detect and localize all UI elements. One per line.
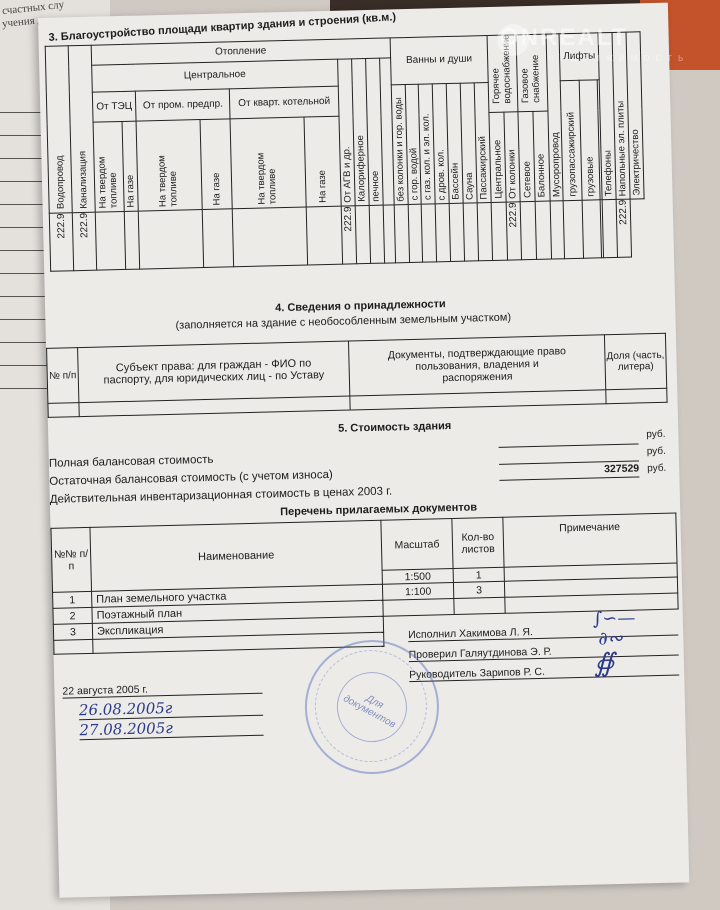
value-cell — [202, 209, 234, 268]
signature-mark: ∫∽— — [593, 608, 636, 630]
subject-header: Субъект права: для граждан - ФИО по пасп… — [78, 341, 350, 403]
note-header: Примечание — [503, 513, 677, 567]
col-header: На твердом топливе — [136, 120, 202, 212]
col-header: На твердом топливе — [230, 117, 305, 209]
num-header: № п/п — [47, 348, 79, 404]
watermark-sub: НЕДВИЖИМОСТЬ — [548, 54, 689, 63]
value-cell — [478, 202, 493, 260]
name-header: Наименование — [90, 520, 382, 591]
row-num: 2 — [53, 607, 92, 624]
value-cell: 222.9 — [616, 199, 631, 257]
from-prom-header: От пром. предпр. — [135, 88, 230, 121]
num-header: №№ п/п — [51, 527, 92, 592]
value-cell — [355, 205, 370, 263]
value-cell — [521, 201, 537, 259]
col-header: грузовые — [579, 79, 600, 200]
signature-mark: ∂∾ — [598, 628, 623, 650]
col-header: На твердом топливе — [93, 121, 124, 212]
cost-value-inventory: 327529 — [499, 462, 639, 480]
value-cell: 222.9 — [506, 202, 522, 260]
value-cell — [535, 201, 551, 259]
value-cell — [394, 205, 409, 263]
value-cell — [550, 201, 565, 259]
share-header: Доля (часть, литера) — [604, 333, 666, 389]
cost-unit: руб. — [646, 429, 665, 440]
sheets-cell: 1 — [453, 567, 504, 582]
cost-label: Полная балансовая стоимость — [49, 454, 214, 470]
value-cell — [124, 211, 139, 269]
cost-value — [498, 429, 638, 447]
scale-header: Масштаб — [381, 519, 453, 571]
col-header: Балонное — [533, 111, 550, 201]
row-num: 3 — [53, 623, 92, 640]
value-cell — [602, 199, 617, 257]
checked-by: Проверил Галяутдинова Э. Р. — [409, 643, 679, 663]
value-cell: 222.9 — [72, 212, 96, 271]
ownership-table: № п/п Субъект права: для граждан - ФИО п… — [46, 333, 668, 418]
value-cell — [491, 202, 507, 260]
sheets-cell: 3 — [453, 581, 504, 598]
value-cell — [564, 200, 584, 258]
col-header: Пассажирский — [475, 82, 492, 203]
col-header: На газе — [304, 116, 341, 207]
from-tec-header: От ТЭЦ — [92, 91, 136, 123]
value-cell — [95, 211, 126, 270]
row-num: 1 — [53, 591, 92, 608]
value-cell — [138, 210, 203, 270]
value-cell — [436, 203, 451, 261]
section5-title: 5. Стоимость здания — [338, 420, 451, 435]
col-header: На газе — [200, 119, 233, 210]
empty-cell — [54, 639, 93, 654]
value-cell: 222.9 — [49, 213, 73, 272]
empty-cell — [606, 388, 667, 403]
value-cell: 222.9 — [341, 206, 356, 264]
documents-header: Документы, подтверждающие право пользова… — [348, 335, 605, 396]
empty-cell — [48, 403, 79, 418]
value-cell — [408, 204, 423, 262]
sheets-header: Кол-во листов — [452, 517, 504, 568]
date-printed: 22 августа 2005 г. — [62, 681, 262, 699]
section4-title: 4. Сведения о принадлежности — [275, 298, 446, 314]
documents-list-title: Перечень прилагаемых документов — [280, 501, 477, 518]
cost-unit: руб. — [647, 463, 666, 474]
cost-label: Остаточная балансовая стоимость (с учето… — [49, 469, 333, 488]
scale-cell — [383, 599, 454, 617]
section4-subtitle: (заполняется на здание с необособленным … — [175, 312, 511, 332]
cost-unit: руб. — [647, 446, 666, 457]
sheets-cell — [454, 597, 505, 614]
value-cell — [464, 203, 479, 261]
cost-label: Действительная инвентаризационная стоимо… — [50, 485, 393, 505]
value-cell — [582, 200, 602, 258]
signature-mark: ∯ — [594, 648, 615, 678]
baths-header: Ванны и души — [390, 36, 489, 85]
value-cell — [306, 206, 343, 265]
scale-cell: 1:100 — [382, 583, 453, 601]
from-kvart-header: От кварт. котельной — [230, 86, 339, 119]
document-page: 3. Благоустройство площади квартир здани… — [38, 3, 689, 898]
value-cell — [233, 207, 307, 267]
amenities-table: Водопровод Канализация Отопление Ванны и… — [45, 31, 646, 271]
value-cell — [369, 205, 384, 263]
value-cell — [450, 203, 465, 261]
head: Руководитель Зарипов Р. С. — [409, 663, 679, 683]
value-cell — [422, 204, 437, 262]
date-handwritten: 27.08.2005г — [79, 717, 263, 740]
watermark-brand: ONREALT — [500, 24, 628, 52]
